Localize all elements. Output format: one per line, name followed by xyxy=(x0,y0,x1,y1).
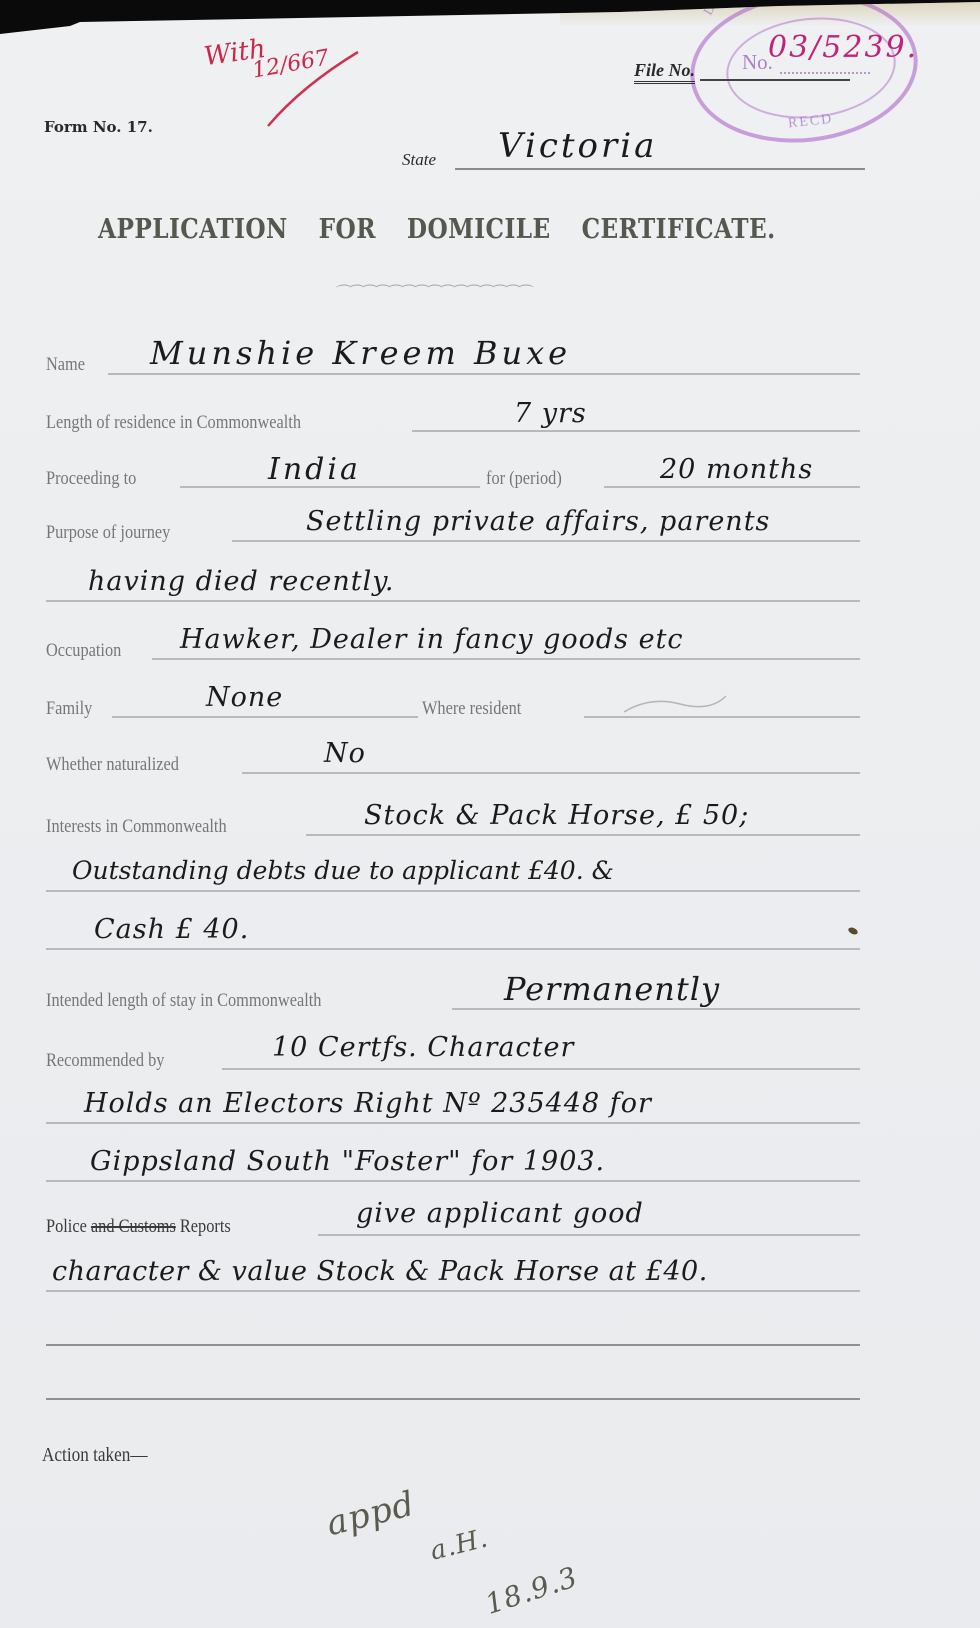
reports-rule-2 xyxy=(46,1290,860,1292)
reports-label-police: Police xyxy=(46,1216,87,1237)
reports-label-struck: and Customs xyxy=(91,1216,176,1237)
form-number: Form No. 17. xyxy=(44,118,153,136)
file-no-label: File No. xyxy=(634,60,695,84)
where-resident-label: Where resident xyxy=(422,698,521,720)
state-value: Victoria xyxy=(498,126,657,166)
occupation-label: Occupation xyxy=(46,640,121,662)
title-word: CERTIFICATE. xyxy=(582,214,776,245)
interests-rule-2 xyxy=(46,890,860,892)
blank-rule-1 xyxy=(46,1344,860,1346)
intended-stay-value: Permanently xyxy=(504,970,720,1008)
interests-rule xyxy=(306,834,860,836)
residence-label: Length of residence in Commonwealth xyxy=(46,412,301,434)
action-taken-label: Action taken— xyxy=(42,1444,148,1467)
ink-blot xyxy=(847,926,859,936)
name-label: Name xyxy=(46,354,85,376)
residence-value: 7 yrs xyxy=(514,398,587,429)
family-rule xyxy=(112,716,418,718)
state-label: State xyxy=(402,150,436,170)
intended-stay-label: Intended length of stay in Commonwealth xyxy=(46,990,321,1012)
state-rule xyxy=(455,168,865,170)
reports-value-line1: give applicant good xyxy=(356,1198,644,1229)
recommended-rule-3 xyxy=(46,1180,860,1182)
title-ornament: ⌒⌒⌒⌒⌒⌒⌒⌒⌒⌒⌒⌒⌒⌒⌒ xyxy=(336,280,531,303)
purpose-rule-2 xyxy=(46,600,860,602)
reports-rule xyxy=(318,1234,860,1236)
file-number-value: 03/5239. xyxy=(768,30,918,65)
interests-value-line3: Cash £ 40. xyxy=(94,914,249,945)
occupation-rule xyxy=(152,658,860,660)
red-annotation-stroke xyxy=(262,46,362,130)
proceeding-label: Proceeding to xyxy=(46,468,136,490)
purpose-value-line1: Settling private affairs, parents xyxy=(306,506,770,537)
interests-label: Interests in Commonwealth xyxy=(46,816,227,838)
title-word: APPLICATION xyxy=(98,214,288,245)
recommended-label: Recommended by xyxy=(46,1050,164,1072)
blank-rule-2 xyxy=(46,1398,860,1400)
name-value: Munshie Kreem Buxe xyxy=(150,334,571,372)
family-value: None xyxy=(206,682,283,713)
purpose-rule xyxy=(232,540,860,542)
interests-value-line1: Stock & Pack Horse, £ 50; xyxy=(364,800,749,831)
action-value-line1: appd xyxy=(322,1484,419,1544)
residence-rule xyxy=(412,430,860,432)
title-word: FOR xyxy=(319,214,376,245)
intended-stay-rule xyxy=(452,1008,860,1010)
reports-value-line2: character & value Stock & Pack Horse at … xyxy=(52,1256,708,1287)
where-resident-dash xyxy=(620,690,730,720)
period-label: for (period) xyxy=(486,468,562,490)
title-word: DOMICILE xyxy=(407,214,551,245)
period-rule xyxy=(604,486,860,488)
period-value: 20 months xyxy=(660,454,813,485)
recommended-value-line2: Holds an Electors Right Nº 235448 for xyxy=(84,1088,652,1119)
interests-value-line2: Outstanding debts due to applicant £40. … xyxy=(72,856,614,885)
recommended-rule-2 xyxy=(46,1122,860,1124)
reports-label-reports: Reports xyxy=(180,1216,231,1237)
occupation-value: Hawker, Dealer in fancy goods etc xyxy=(180,624,684,655)
stamp-dotted-line xyxy=(780,72,870,74)
purpose-value-line2: having died recently. xyxy=(88,566,395,597)
naturalized-label: Whether naturalized xyxy=(46,754,179,776)
action-value-line2: a.H. xyxy=(427,1523,491,1566)
name-rule xyxy=(108,373,860,375)
domicile-certificate-form: With 12/667 Form No. 17. DEPARTMENT OF E… xyxy=(0,0,980,1628)
family-label: Family xyxy=(46,698,92,720)
action-value-line3: 18.9.3 xyxy=(481,1560,582,1621)
reports-label: Police and Customs Reports xyxy=(46,1216,231,1238)
file-no-rule xyxy=(700,79,850,81)
page-title: APPLICATIONFORDOMICILECERTIFICATE. xyxy=(98,214,776,245)
interests-rule-3 xyxy=(46,948,860,950)
recommended-value-line3: Gippsland South "Foster" for 1903. xyxy=(90,1146,605,1177)
naturalized-rule xyxy=(242,772,860,774)
naturalized-value: No xyxy=(324,738,366,769)
recommended-rule xyxy=(222,1068,860,1070)
purpose-label: Purpose of journey xyxy=(46,522,170,544)
proceeding-value: India xyxy=(268,452,361,487)
recommended-value-line1: 10 Certfs. Character xyxy=(272,1032,574,1063)
